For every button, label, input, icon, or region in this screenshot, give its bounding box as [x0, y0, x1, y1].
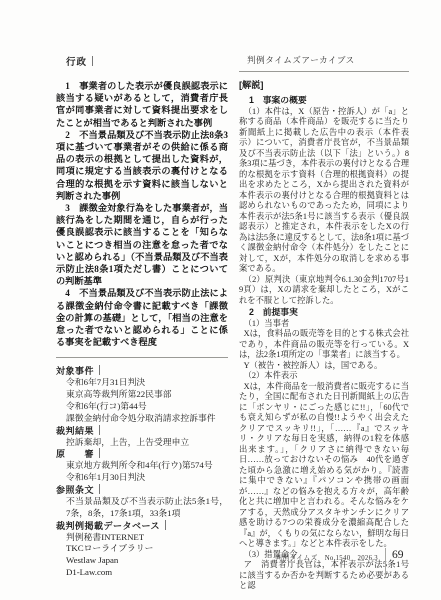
page-number: 69	[392, 549, 404, 561]
label-divider	[99, 425, 100, 435]
left-column: 行政 1 事業者のした表示が優良誤認表示に該当する疑いがあるとして，消費者庁長官…	[56, 54, 228, 579]
meta-value: 控訴棄却，上告，上告受理申立	[66, 437, 228, 449]
subsection-heading: （2）本件表示	[239, 371, 409, 382]
label-divider	[92, 56, 93, 66]
archive-header: 判例タイムズアーカイブス	[247, 54, 409, 66]
meta-label-databases: 裁判例掲載データベース	[56, 520, 228, 532]
meta-label-text: 対象事件	[56, 366, 94, 376]
holding-item-3: 3 課徴金対象行為をした事業者が，当該行為をした期間を通じ，自らが行った優良誤認…	[56, 202, 228, 287]
commentary-paragraph: Xは，本件商品を一般消費者に販売するに当たり，全国に配布された日刊新聞紙上の広告…	[239, 382, 409, 550]
footer-journal-info: 判例タイムズ No.1540 2026.3	[240, 552, 378, 562]
commentary-paragraph: （1）本件は，X（原告・控訴人）が「a」と称する商品（本件商品）を販売するに当た…	[239, 107, 409, 275]
meta-value: Westlaw Japan	[66, 555, 228, 567]
section-heading-2: 2 前提事実	[239, 307, 409, 318]
footer-divider	[385, 548, 386, 578]
category-label: 行政	[66, 57, 87, 68]
meta-value: 令和6年1月30日判決	[66, 472, 228, 484]
label-divider	[99, 484, 100, 494]
commentary-paragraph: ア 消費者庁長官は，本件表示が法5条1号に該当するか否かを判断するため必要がある…	[239, 560, 409, 592]
meta-label-lower-court: 原 審	[56, 448, 228, 460]
commentary-paragraph: （2）原判決（東京地判令6.1.30金判1707号19頁）は，Xの請求を棄却した…	[239, 275, 409, 307]
label-divider	[99, 448, 100, 458]
meta-value: 令和6年(行コ)第44号	[66, 401, 228, 413]
meta-label-text: 参照条文	[56, 485, 94, 495]
category-header: 行政	[66, 54, 228, 68]
meta-value: 東京地方裁判所令和4年(行ウ)第574号	[66, 460, 228, 472]
holding-summary-list: 1 事業者のした表示が優良誤認表示に該当する疑いがあるとして，消費者庁長官が同事…	[56, 80, 228, 348]
commentary-paragraph: Xは，食料品の販売等を目的とする株式会社であり，本件商品の販売等を行っている。X…	[239, 329, 409, 361]
holding-item-1: 1 事業者のした表示が優良誤認表示に該当する疑いがあるとして，消費者庁長官が同事…	[56, 80, 228, 129]
commentary-paragraph: Y（被告・被控訴人）は，国である。	[239, 361, 409, 372]
meta-label-text: 原 審	[56, 449, 94, 459]
label-divider	[99, 365, 100, 375]
label-divider	[165, 520, 166, 530]
meta-divider-rule	[56, 357, 228, 358]
subsection-heading: （1）当事者	[239, 319, 409, 330]
meta-label-text: 裁判結果	[56, 426, 94, 436]
meta-value: 課徴金納付命令処分取消請求控訴事件	[66, 413, 228, 425]
header-rule	[239, 71, 409, 72]
journal-page: 行政 1 事業者のした表示が優良誤認表示に該当する疑いがあるとして，消費者庁長官…	[0, 0, 441, 600]
commentary-column: 判例タイムズアーカイブス [解説] 1 事案の概要 （1）本件は，X（原告・控訴…	[239, 54, 409, 592]
section-heading-1: 1 事案の概要	[239, 95, 409, 106]
meta-value: 令和6年7月31日判決	[66, 377, 228, 389]
meta-label-result: 裁判結果	[56, 425, 228, 437]
holding-item-4: 4 不当景品類及び不当表示防止法による課徴金納付命令書に記載すべき「課徴金の計算…	[56, 287, 228, 348]
meta-value: TKCローライブラリー	[66, 543, 228, 555]
meta-label-target-case: 対象事件	[56, 365, 228, 377]
meta-value: D1-Law.com	[66, 567, 228, 579]
meta-value: 東京高等裁判所第22民事部	[66, 389, 228, 401]
meta-label-ref-articles: 参照条文	[56, 484, 228, 496]
meta-value: 判例秘書INTERNET	[66, 532, 228, 544]
case-metadata: 対象事件 令和6年7月31日判決 東京高等裁判所第22民事部 令和6年(行コ)第…	[56, 365, 228, 578]
meta-label-text: 裁判例掲載データベース	[56, 521, 160, 531]
commentary-title: [解説]	[239, 77, 409, 91]
meta-value: 不当景品類及び不当表示防止法5条1号，7条，8条，17条1項，33条1項	[66, 496, 228, 520]
holding-item-2: 2 不当景品類及び不当表示防止法8条3項に基づいて事業者がその供給に係る商品の表…	[56, 129, 228, 202]
